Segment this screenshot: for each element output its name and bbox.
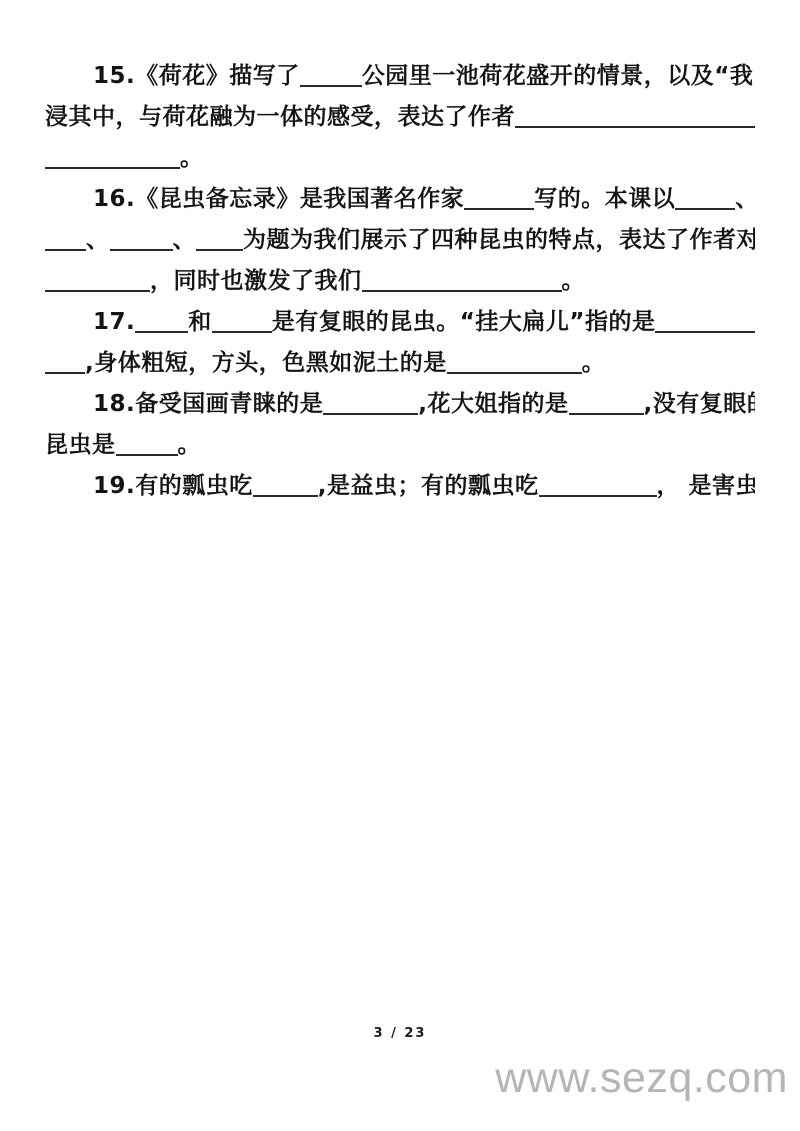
text-segment: 写的。本课以 — [534, 179, 675, 220]
answer-blank — [253, 495, 318, 497]
text-segment: 为题为我们展示了四种昆虫的特点，表达了作者对 — [243, 220, 755, 261]
text-segment: 和 — [188, 302, 212, 343]
question-17-line: 17.和是有复眼的昆虫。“挂大扁儿”指的是 — [45, 302, 755, 343]
text-segment: 昆虫是 — [45, 425, 116, 466]
answer-blank — [464, 208, 534, 210]
question-16-line: 16.《昆虫备忘录》是我国著名作家写的。本课以、 — [45, 179, 755, 220]
answer-blank — [539, 495, 657, 497]
answer-blank — [655, 331, 755, 333]
text-segment: 19.有的瓢虫吃 — [93, 466, 253, 507]
answer-blank — [675, 208, 735, 210]
answer-blank — [212, 331, 272, 333]
text-segment: 、 — [86, 220, 110, 261]
page-number: 3 / 23 — [0, 1026, 800, 1041]
text-segment: ， 是害虫。 — [657, 466, 756, 507]
question-18-line: 18.备受国画青睐的是,花大姐指的是,没有复眼的 — [45, 384, 755, 425]
text-segment: 18.备受国画青睐的是 — [93, 384, 323, 425]
answer-blank — [110, 249, 173, 251]
answer-blank — [515, 126, 755, 128]
answer-blank — [196, 249, 243, 251]
question-15-line: 15.《荷花》描写了公园里一池荷花盛开的情景，以及“我”沉 — [45, 56, 755, 97]
text-segment: 。 — [562, 261, 586, 302]
text-segment: 公园里一池荷花盛开的情景，以及“我”沉 — [362, 56, 755, 97]
text-segment: 、 — [173, 220, 197, 261]
text-segment: 。 — [178, 425, 202, 466]
text-segment: ,没有复眼的 — [644, 384, 756, 425]
text-segment: 。 — [582, 343, 606, 384]
watermark: www.sezq.com — [495, 1054, 788, 1103]
answer-blank — [362, 290, 562, 292]
answer-blank — [45, 372, 85, 374]
text-segment: ,是益虫；有的瓢虫吃 — [318, 466, 539, 507]
answer-blank — [116, 454, 178, 456]
answer-blank — [323, 413, 418, 415]
text-segment: ,花大姐指的是 — [418, 384, 568, 425]
worksheet-page: 15.《荷花》描写了公园里一池荷花盛开的情景，以及“我”沉浸其中，与荷花融为一体… — [0, 0, 800, 1131]
answer-blank — [300, 85, 362, 87]
text-segment: ，同时也激发了我们 — [150, 261, 362, 302]
text-segment: 是有复眼的昆虫。“挂大扁儿”指的是 — [272, 302, 656, 343]
question-15-line: 浸其中，与荷花融为一体的感受，表达了作者 — [45, 97, 755, 138]
answer-blank — [45, 290, 150, 292]
answer-blank — [569, 413, 644, 415]
text-segment: 16.《昆虫备忘录》是我国著名作家 — [93, 179, 464, 220]
answer-blank — [45, 249, 86, 251]
text-segment: ,身体粗短，方头，色黑如泥土的是 — [85, 343, 447, 384]
question-16-line: ，同时也激发了我们。 — [45, 261, 755, 302]
question-16-line: 、、为题为我们展示了四种昆虫的特点，表达了作者对 — [45, 220, 755, 261]
answer-blank — [447, 372, 582, 374]
answer-blank — [135, 331, 188, 333]
answer-blank — [45, 167, 180, 169]
text-segment: 浸其中，与荷花融为一体的感受，表达了作者 — [45, 97, 515, 138]
question-17-line: ,身体粗短，方头，色黑如泥土的是。 — [45, 343, 755, 384]
question-15-line: 。 — [45, 138, 755, 179]
text-segment: 。 — [180, 138, 204, 179]
question-19-line: 19.有的瓢虫吃,是益虫；有的瓢虫吃， 是害虫。 — [45, 466, 755, 507]
text-segment: 、 — [735, 179, 755, 220]
text-segment: 17. — [93, 302, 135, 343]
document-body: 15.《荷花》描写了公园里一池荷花盛开的情景，以及“我”沉浸其中，与荷花融为一体… — [45, 56, 755, 507]
question-18-line: 昆虫是。 — [45, 425, 755, 466]
text-segment: 15.《荷花》描写了 — [93, 56, 300, 97]
